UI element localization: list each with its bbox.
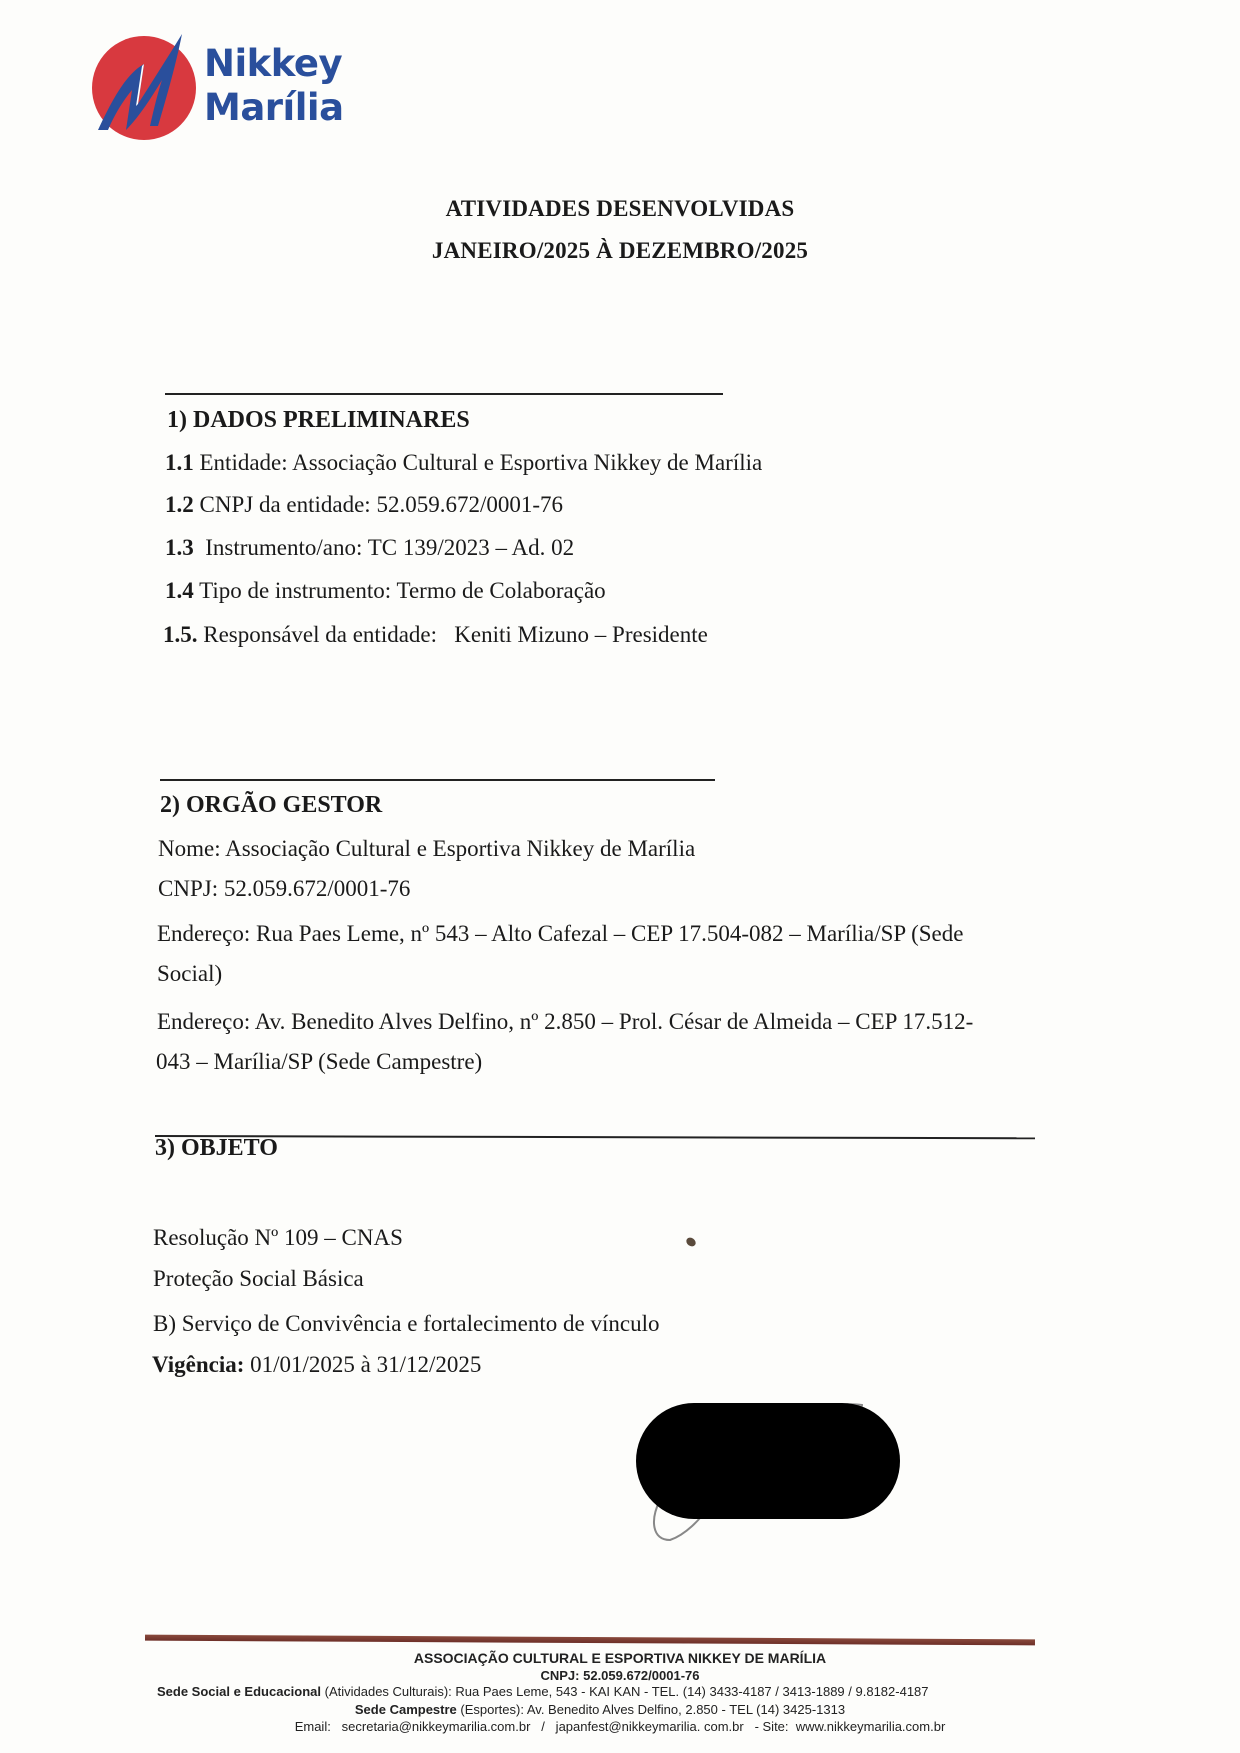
objeto-resolucao: Resolução Nº 109 – CNAS (153, 1225, 403, 1251)
footer-contact: Email: secretaria@nikkeymarilia.com.br /… (0, 1719, 1240, 1734)
footer-sede-social: Sede Social e Educacional (Atividades Cu… (157, 1684, 929, 1699)
section-heading-dados-preliminares: 1) DADOS PRELIMINARES (167, 407, 470, 434)
field-endereco-sede-social-cont: Social) (157, 961, 222, 987)
section-divider (165, 393, 723, 395)
field-cnpj-gestor: CNPJ: 52.059.672/0001-76 (158, 876, 410, 902)
logo-n-swoosh-icon (92, 30, 202, 142)
field-endereco-sede-campestre-cont: 043 – Marília/SP (Sede Campestre) (156, 1049, 482, 1075)
logo-line-2: Marília (204, 86, 344, 130)
field-cnpj: 1.2 CNPJ da entidade: 52.059.672/0001-76 (165, 492, 563, 518)
objeto-vigencia: Vigência: 01/01/2025 à 31/12/2025 (152, 1352, 481, 1378)
objeto-servico: B) Serviço de Convivência e fortalecimen… (153, 1311, 659, 1337)
footer-sede-campestre: Sede Campestre (Esportes): Av. Benedito … (0, 1702, 1200, 1717)
objeto-protecao: Proteção Social Básica (153, 1266, 364, 1292)
document-period: JANEIRO/2025 À DEZEMBRO/2025 (0, 238, 1240, 264)
field-nome: Nome: Associação Cultural e Esportiva Ni… (158, 836, 695, 862)
field-responsavel: 1.5. Responsável da entidade: Keniti Miz… (163, 622, 708, 648)
field-endereco-sede-social: Endereço: Rua Paes Leme, nº 543 – Alto C… (157, 921, 963, 947)
footer-org-name: ASSOCIAÇÃO CULTURAL E ESPORTIVA NIKKEY D… (0, 1650, 1240, 1666)
paper-stain (685, 1236, 698, 1248)
logo-line-1: Nikkey (204, 42, 344, 86)
redacted-signature (636, 1403, 900, 1519)
field-entidade: 1.1 Entidade: Associação Cultural e Espo… (165, 450, 762, 476)
document-title: ATIVIDADES DESENVOLVIDAS (0, 196, 1240, 222)
section-divider (160, 779, 715, 781)
section-divider (155, 1135, 1035, 1139)
field-instrumento: 1.3 Instrumento/ano: TC 139/2023 – Ad. 0… (165, 535, 574, 561)
field-endereco-sede-campestre: Endereço: Av. Benedito Alves Delfino, nº… (157, 1009, 973, 1035)
section-heading-orgao-gestor: 2) ORGÃO GESTOR (160, 792, 382, 819)
field-tipo-instrumento: 1.4 Tipo de instrumento: Termo de Colabo… (165, 578, 606, 604)
footer-cnpj: CNPJ: 52.059.672/0001-76 (0, 1668, 1240, 1683)
section-heading-objeto: 3) OBJETO (155, 1135, 278, 1162)
footer-divider (145, 1635, 1035, 1646)
organization-logo: Nikkey Marília (92, 30, 352, 140)
logo-text: Nikkey Marília (204, 42, 344, 130)
